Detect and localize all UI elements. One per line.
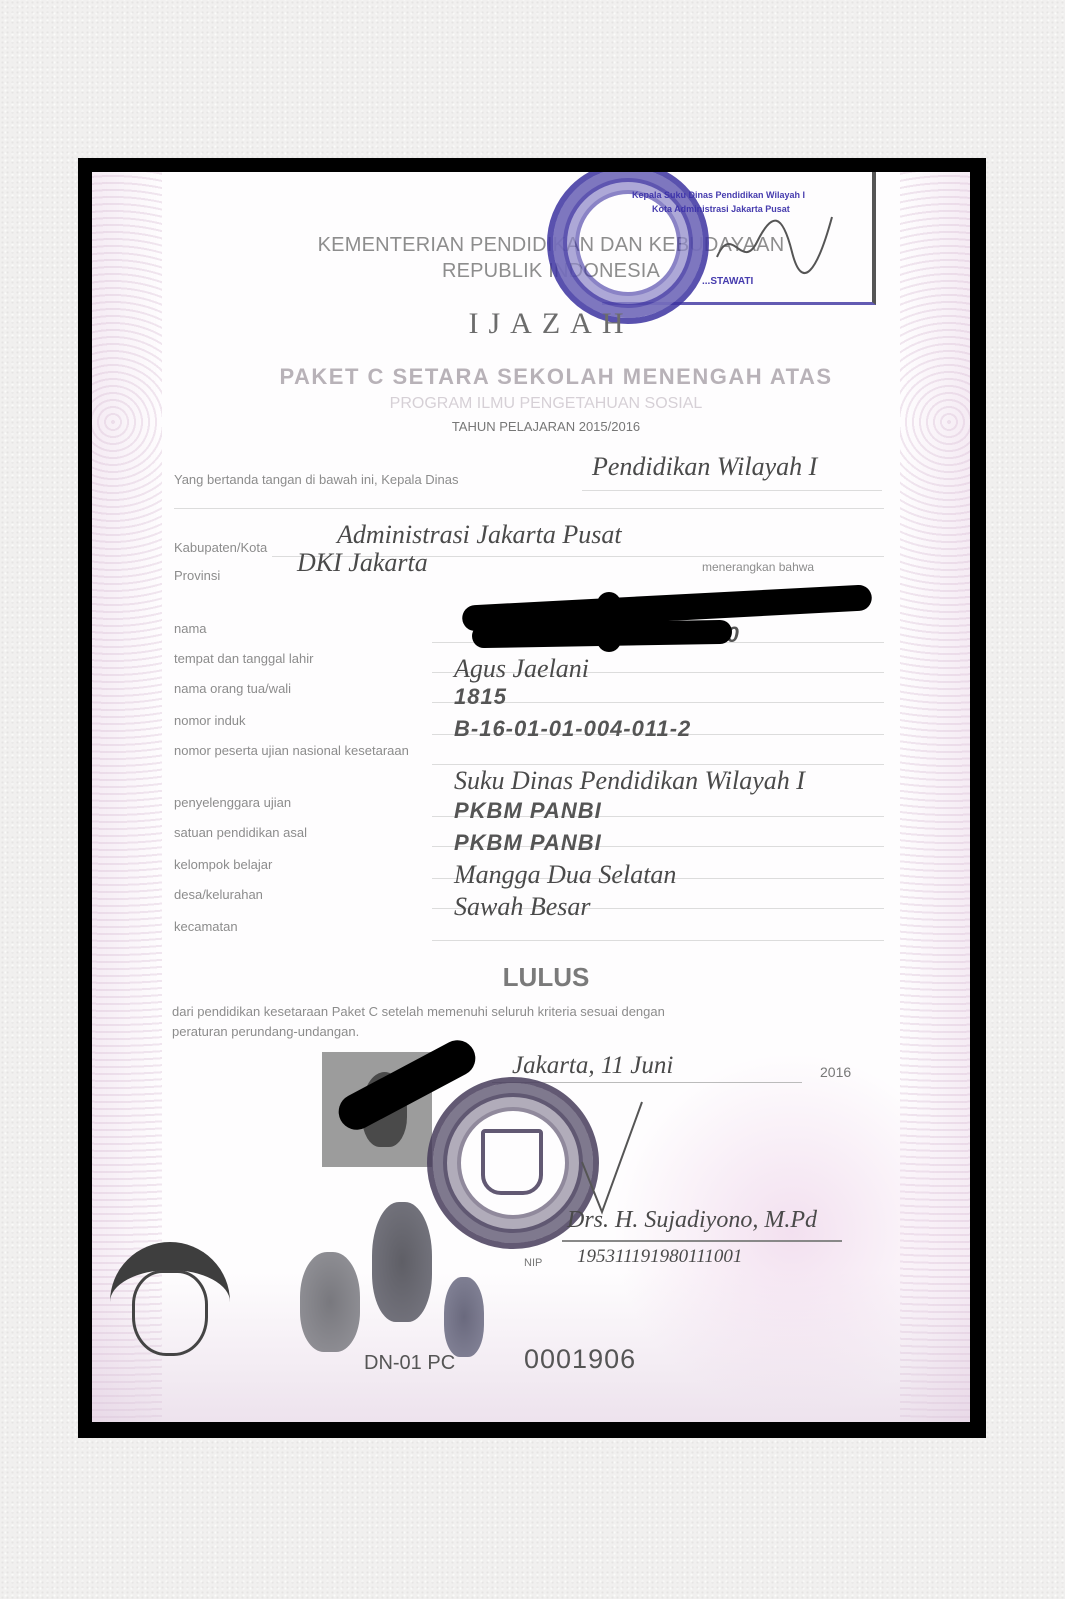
field-value: Agus Jaelani [454, 654, 589, 684]
document-frame: KEMENTERIAN PENDIDIKAN DAN KEBUDAYAAN RE… [78, 158, 986, 1438]
serial-code: DN-01 PC [364, 1352, 455, 1375]
intro-value: Pendidikan Wilayah I [592, 452, 817, 482]
field-label: nomor induk [174, 712, 414, 730]
field-value: PKBM PANBI [454, 798, 602, 824]
field-label: kecamatan [174, 918, 414, 936]
document-subtitle: PAKET C SETARA SEKOLAH MENENGAH ATAS [92, 364, 970, 390]
closing-line2: peraturan perundang-undangan. [172, 1024, 359, 1039]
field-label: nama [174, 620, 414, 638]
redaction-mark [597, 592, 621, 652]
field-label: desa/kelurahan [174, 886, 414, 904]
field-value: Mangga Dua Selatan [454, 860, 676, 890]
place-date: Jakarta, 11 Juni [512, 1052, 673, 1080]
nip-label: NIP [524, 1257, 542, 1269]
field-label: penyelenggara ujian [174, 794, 414, 812]
menerangkan-text: menerangkan bahwa [702, 560, 814, 574]
field-value: Suku Dinas Pendidikan Wilayah I [454, 766, 805, 796]
provinsi-value: DKI Jakarta [297, 548, 428, 578]
closing-line1: dari pendidikan kesetaraan Paket C setel… [172, 1004, 665, 1019]
field-label: nomor peserta ujian nasional kesetaraan [174, 742, 414, 760]
program-name: PROGRAM ILMU PENGETAHUAN SOSIAL [92, 395, 970, 413]
kabupaten-label: Kabupaten/Kota [174, 540, 267, 555]
decorative-border-left [92, 172, 162, 1422]
field-label: kelompok belajar [174, 856, 414, 874]
document-title: IJAZAH [92, 307, 970, 341]
field-label: tempat dan tanggal lahir [174, 650, 414, 668]
kabupaten-value: Administrasi Jakarta Pusat [337, 520, 622, 550]
signatory-name: Drs. H. Sujadiyono, M.Pd [567, 1207, 817, 1234]
fingerprint-icon [300, 1252, 360, 1352]
legalization-stamp-line1: Kepala Suku Dinas Pendidikan Wilayah I [632, 190, 805, 200]
field-value: B-16-01-01-004-011-2 [454, 716, 691, 742]
emblem-inner-icon [132, 1270, 208, 1356]
academic-year: TAHUN PELAJARAN 2015/2016 [92, 419, 970, 434]
field-label: nama orang tua/wali [174, 680, 414, 698]
issue-year: 2016 [820, 1064, 851, 1080]
provinsi-label: Provinsi [174, 568, 220, 583]
fingerprint-icon [444, 1277, 484, 1357]
field-value: PKBM PANBI [454, 830, 602, 856]
field-value: 1815 [454, 684, 507, 710]
intro-text: Yang bertanda tangan di bawah ini, Kepal… [174, 472, 459, 487]
fingerprint-icon [372, 1202, 432, 1322]
certificate-paper: KEMENTERIAN PENDIDIKAN DAN KEBUDAYAAN RE… [92, 172, 970, 1422]
field-label: satuan pendidikan asal [174, 824, 414, 842]
serial-number: 0001906 [524, 1344, 636, 1375]
legalization-signature-icon [712, 202, 842, 282]
nip-value: 195311191980111001 [577, 1246, 742, 1268]
field-value: Sawah Besar [454, 892, 591, 922]
result-status: LULUS [92, 962, 970, 993]
